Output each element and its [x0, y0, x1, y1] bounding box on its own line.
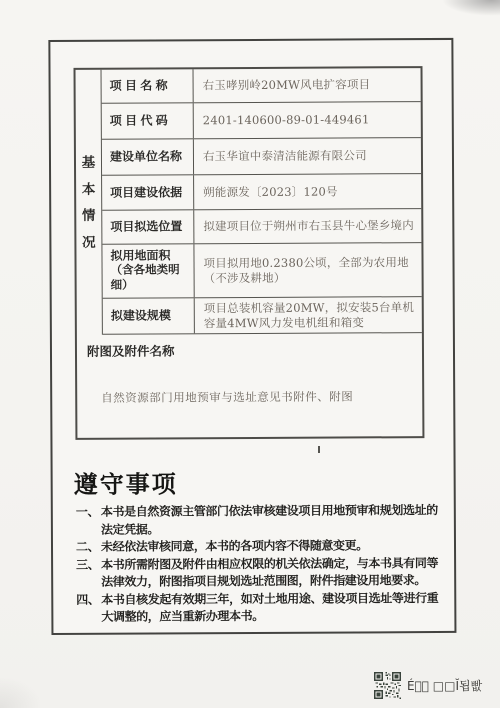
attachments-label: 附图及附件名称	[87, 340, 412, 360]
notice-heading: 遵守事项	[74, 464, 178, 500]
row-value: 项目拟用地0.2380公顷，全部为农用地（不涉及耕地）	[194, 243, 421, 297]
attachments-content: 自然资源部门用地预审与选址意见书附件、附图	[101, 388, 412, 406]
table-row-construction-scale: 拟建设规模 项目总装机容量20MW，拟安装5台单机容量4MW风力发电机组和箱变	[103, 297, 422, 335]
notice-item-3: 三、 本书所需附图及附件由相应权限的机关依法确定，与本书具有同等法律效力，附图指…	[76, 555, 438, 592]
row-label-text: 项 目 代 码	[110, 113, 189, 128]
side-label-basic-information: 基 本 情 况	[76, 70, 103, 335]
row-value: 2401-140600-89-01-449461	[194, 102, 421, 138]
notice-item-marker: 三、	[76, 556, 101, 591]
notice-item-text: 本书自核发起有效期三年，如对土地用途、建设项目选址等进行重大调整的，应当重新办理…	[101, 590, 438, 627]
table-main-section: 基 本 情 况 项 目 名 称 右玉哮别岭20MW风电扩容项目 项 目 代 码 …	[76, 68, 422, 335]
row-label: 项目拟选位置	[102, 210, 194, 243]
side-label-char: 情	[82, 209, 96, 223]
row-value: 朔能源发〔2023〕120号	[194, 174, 421, 209]
notice-item-1: 一、 本书是自然资源主管部门依法审核建设项目用地预审和规划选址的法定凭据。	[76, 502, 438, 539]
side-label-char: 况	[82, 235, 96, 249]
row-value-text: 项目总装机容量20MW，拟安装5台单机容量4MW风力发电机组和箱变	[204, 300, 420, 331]
row-value-text: 项目拟用地0.2380公顷，全部为农用地（不涉及耕地）	[203, 255, 419, 286]
row-value-text: 朔能源发〔2023〕120号	[203, 184, 338, 200]
attachments-cell: 附图及附件名称 自然资源部门用地预审与选址意见书附件、附图	[77, 333, 423, 438]
row-value-text: 右玉华谊中泰清洁能源有限公司	[203, 148, 367, 164]
row-label-text: 项目拟选位置	[110, 219, 189, 234]
row-label: 建设单位名称	[102, 139, 194, 174]
notice-item-text: 本书是自然资源主管部门依法审核建设项目用地预审和规划选址的法定凭据。	[101, 502, 438, 539]
table-row-land-area: 拟用地面积 （含各地类明细） 项目拟用地0.2380公顷，全部为农用地（不涉及耕…	[102, 243, 421, 299]
side-label-char: 本	[82, 182, 96, 196]
notice-item-2: 二、 未经依法审核同意，本书的各项内容不得随意变更。	[76, 537, 438, 556]
document-scan: 基 本 情 况 项 目 名 称 右玉哮别岭20MW风电扩容项目 项 目 代 码 …	[0, 0, 500, 708]
row-value: 右玉哮别岭20MW风电扩容项目	[194, 68, 421, 102]
row-value-text: 2401-140600-89-01-449461	[203, 112, 370, 128]
table-rows: 项 目 名 称 右玉哮别岭20MW风电扩容项目 项 目 代 码 2401-140…	[102, 68, 422, 335]
table-row-construction-basis: 项目建设依据 朔能源发〔2023〕120号	[102, 174, 421, 211]
row-value-text: 拟建项目位于朔州市右玉县牛心堡乡境内	[203, 218, 414, 234]
notice-item-4: 四、 本书自核发起有效期三年，如对土地用途、建设项目选址等进行重大调整的，应当重…	[76, 590, 438, 627]
side-label-char: 基	[82, 156, 96, 170]
table-row-proposed-location: 项目拟选位置 拟建项目位于朔州市右玉县牛心堡乡境内	[102, 209, 421, 245]
row-value: 右玉华谊中泰清洁能源有限公司	[194, 138, 421, 174]
notice-item-marker: 一、	[76, 504, 101, 539]
table-row-construction-unit: 建设单位名称 右玉华谊中泰清洁能源有限公司	[102, 138, 421, 176]
row-label-text: 建设单位名称	[110, 149, 189, 164]
row-label: 项 目 代 码	[102, 103, 194, 138]
notice-item-text: 未经依法审核同意，本书的各项内容不得随意变更。	[101, 537, 438, 556]
qr-code-icon	[374, 672, 401, 699]
row-label-text: 项 目 名 称	[110, 78, 189, 93]
stamp-garbled-text: É멸ᷘ □□Ĭ됩빲	[407, 677, 482, 694]
notice-item-marker: 四、	[76, 591, 101, 626]
row-value: 项目总装机容量20MW，拟安装5台单机容量4MW风力发电机组和箱变	[195, 297, 422, 333]
row-label-text: 拟建设规模	[111, 308, 190, 323]
row-value-text: 右玉哮别岭20MW风电扩容项目	[203, 77, 371, 93]
row-label: 项 目 名 称	[102, 69, 194, 102]
notice-item-text: 本书所需附图及附件由相应权限的机关依法确定，与本书具有同等法律效力，附图指项目规…	[101, 555, 438, 592]
row-label-note: （含各地类明细）	[111, 263, 190, 293]
notice-item-marker: 二、	[76, 539, 101, 557]
table-row-project-name: 项 目 名 称 右玉哮别岭20MW风电扩容项目	[102, 68, 421, 104]
row-label-text: 拟用地面积	[110, 248, 189, 263]
digital-stamp: É멸ᷘ □□Ĭ됩빲	[374, 672, 482, 699]
basic-info-table: 基 本 情 况 项 目 名 称 右玉哮别岭20MW风电扩容项目 项 目 代 码 …	[73, 66, 424, 440]
row-label: 拟建设规模	[103, 298, 195, 333]
notice-list: 一、 本书是自然资源主管部门依法审核建设项目用地预审和规划选址的法定凭据。 二、…	[76, 502, 439, 626]
table-row-project-code: 项 目 代 码 2401-140600-89-01-449461	[102, 102, 421, 140]
row-label: 拟用地面积 （含各地类明细）	[102, 244, 194, 297]
scanned-document-page: 基 本 情 况 项 目 名 称 右玉哮别岭20MW风电扩容项目 项 目 代 码 …	[0, 0, 500, 708]
row-label-text: 项目建设依据	[110, 185, 189, 200]
row-label: 项目建设依据	[102, 175, 194, 209]
row-value: 拟建项目位于朔州市右玉县牛心堡乡境内	[194, 209, 421, 243]
